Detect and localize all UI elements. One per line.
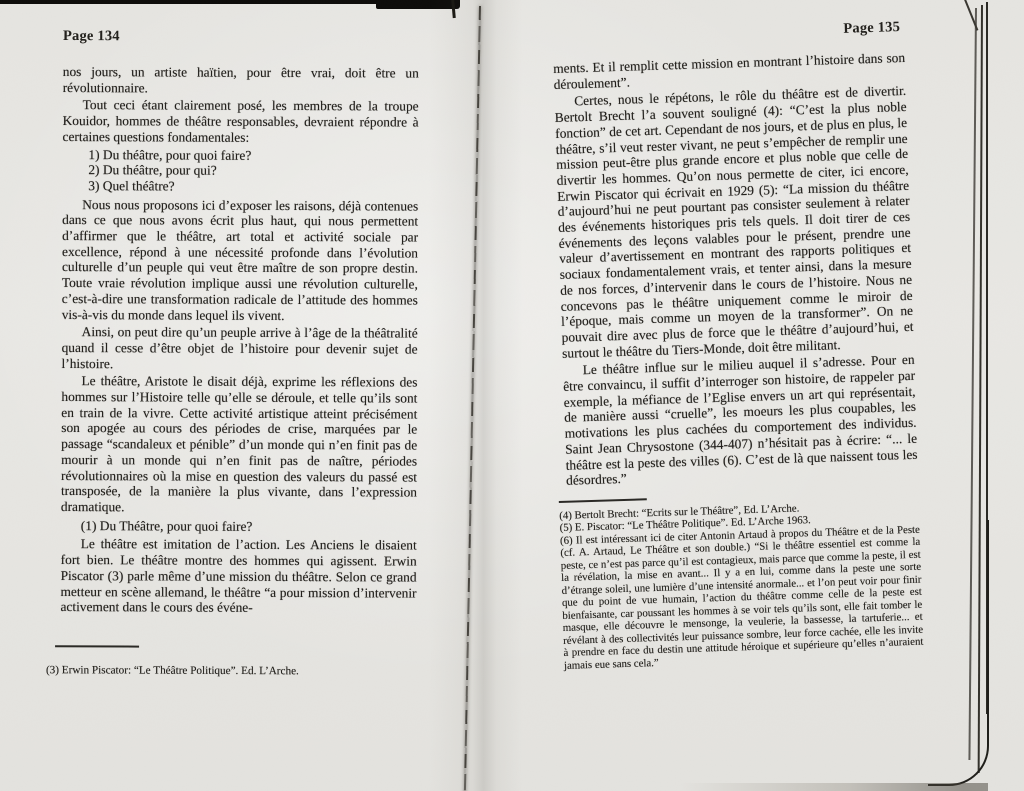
paragraph: Certes, nous le répétons, le rôle du thé… (554, 83, 914, 361)
book-gutter-shadow (428, 0, 546, 791)
paragraph: nos jours, un artiste haïtien, pour être… (63, 64, 419, 97)
paragraph: Le théâtre influe sur le milieu auquel i… (562, 352, 918, 489)
scan-artifact-bottom-smudge (680, 783, 988, 791)
question-item: 1) Du théâtre, pour quoi faire? (88, 147, 418, 164)
footnote-text: (3) Erwin Piscator: “Le Théâtre Politiqu… (46, 664, 418, 678)
book-cover-corner (928, 520, 989, 786)
paragraph: Tout ceci étant clairement posé, les mem… (62, 97, 418, 146)
page-135: Page 135 ments. Et il remplit cette miss… (552, 19, 924, 672)
question-list: 1) Du théâtre, pour quoi faire? 2) Du th… (88, 147, 418, 196)
footnote-rule (55, 645, 139, 647)
question-item: 3) Quel théâtre? (88, 178, 418, 195)
paragraph: Le théâtre, Aristote le disait déjà, exp… (61, 373, 418, 516)
footnotes-right: (4) Bertolt Brecht: “Ecrits sur le Théât… (559, 490, 924, 673)
paragraph: Le théâtre est imitation de l’action. Le… (60, 536, 416, 616)
footnote-rule (559, 498, 647, 503)
scan-artifact-top-bar (0, 0, 404, 4)
footnote-left: (3) Erwin Piscator: “Le Théâtre Politiqu… (46, 645, 418, 678)
book-scan: Page 134 nos jours, un artiste haïtien, … (0, 0, 1024, 791)
page-number-right: Page 135 (552, 19, 900, 47)
footnote-text: (6) Il est intéressant ici de citer Anto… (560, 524, 924, 673)
page-135-body: ments. Et il remplit cette mission en mo… (553, 50, 918, 489)
paragraph: Nous nous proposons ici d’exposer les ra… (62, 197, 419, 324)
paragraph: Ainsi, on peut dire qu’un peuple arrive … (62, 324, 418, 373)
section-subheading: (1) Du Théâtre, pour quoi faire? (61, 518, 417, 535)
question-item: 2) Du théâtre, pour qui? (88, 162, 418, 179)
page-134-body: nos jours, un artiste haïtien, pour être… (60, 64, 418, 616)
page-number-left: Page 134 (63, 28, 419, 47)
page-134: Page 134 nos jours, un artiste haïtien, … (60, 28, 419, 618)
